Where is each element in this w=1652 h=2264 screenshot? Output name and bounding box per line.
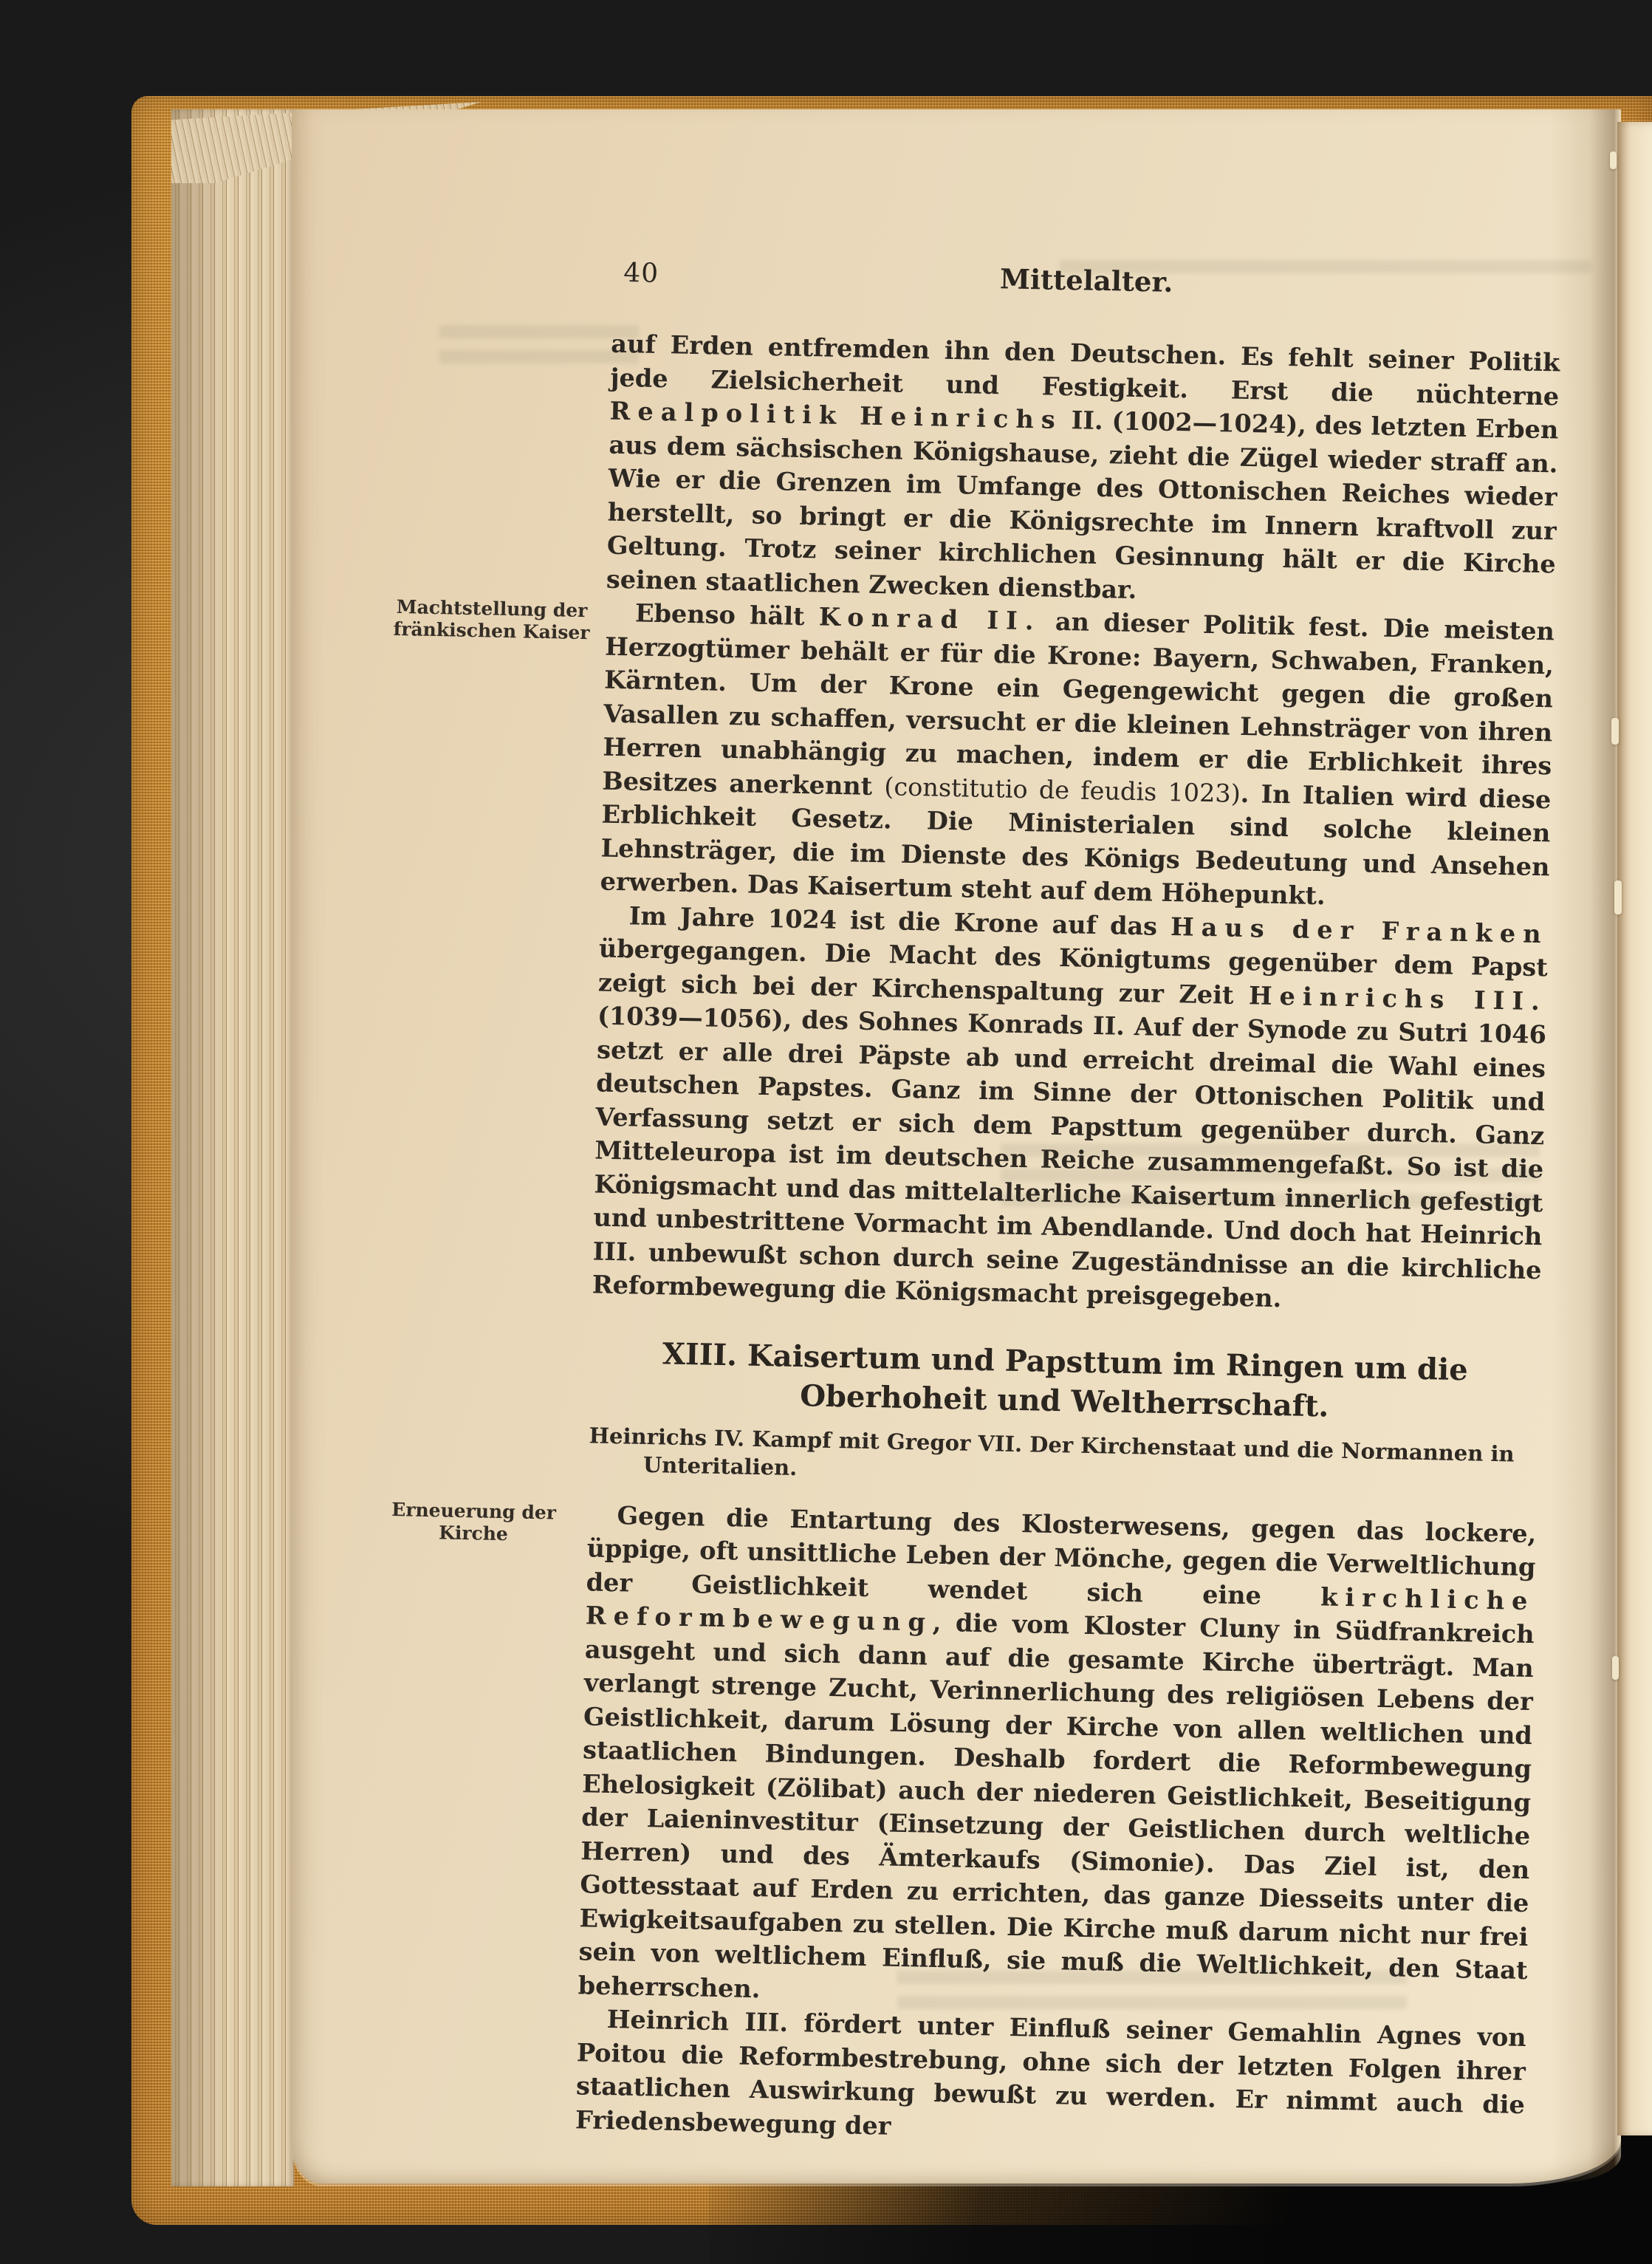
binding-stitch xyxy=(1614,880,1622,914)
binding-stitch xyxy=(1611,718,1619,745)
paragraph: Machtstellung der fränkischen KaiserEben… xyxy=(600,596,1555,917)
photo-of-open-book: 40 Mittelalter. auf Erden entfremden ihn… xyxy=(0,0,1652,2264)
text-flow: auf Erden entfremden ihn den Deutschen. … xyxy=(575,327,1560,2155)
paragraph: auf Erden entfremden ihn den Deutschen. … xyxy=(606,327,1560,615)
margin-note: Machtstellung der fränkischen Kaiser xyxy=(393,596,590,644)
page-edge-stack xyxy=(171,109,294,2186)
paragraph: Im Jahre 1024 ist die Krone auf das Haus… xyxy=(592,898,1549,1321)
paragraph: Heinrich III. fördert unter Einfluß sein… xyxy=(575,2002,1526,2155)
facing-page-gutter xyxy=(1617,122,1652,2135)
section-heading: XIII. Kaisertum und Papsttum im Ringen u… xyxy=(636,1333,1494,1429)
paragraph: Erneuerung der KircheGegen die Entartung… xyxy=(577,1498,1536,2021)
page-content: 40 Mittelalter. auf Erden entfremden ihn… xyxy=(365,246,1566,2155)
binding-stitch xyxy=(1610,151,1617,169)
running-title: Mittelalter. xyxy=(1000,262,1173,298)
binding-stitch xyxy=(1612,1656,1619,1680)
section-subheading: Heinrichs IV. Kampf mit Gregor VII. Der … xyxy=(589,1421,1538,1497)
margin-note: Erneuerung der Kirche xyxy=(375,1498,572,1546)
page-number: 40 xyxy=(623,258,659,289)
book-page: 40 Mittelalter. auf Erden entfremden ihn… xyxy=(292,109,1621,2183)
